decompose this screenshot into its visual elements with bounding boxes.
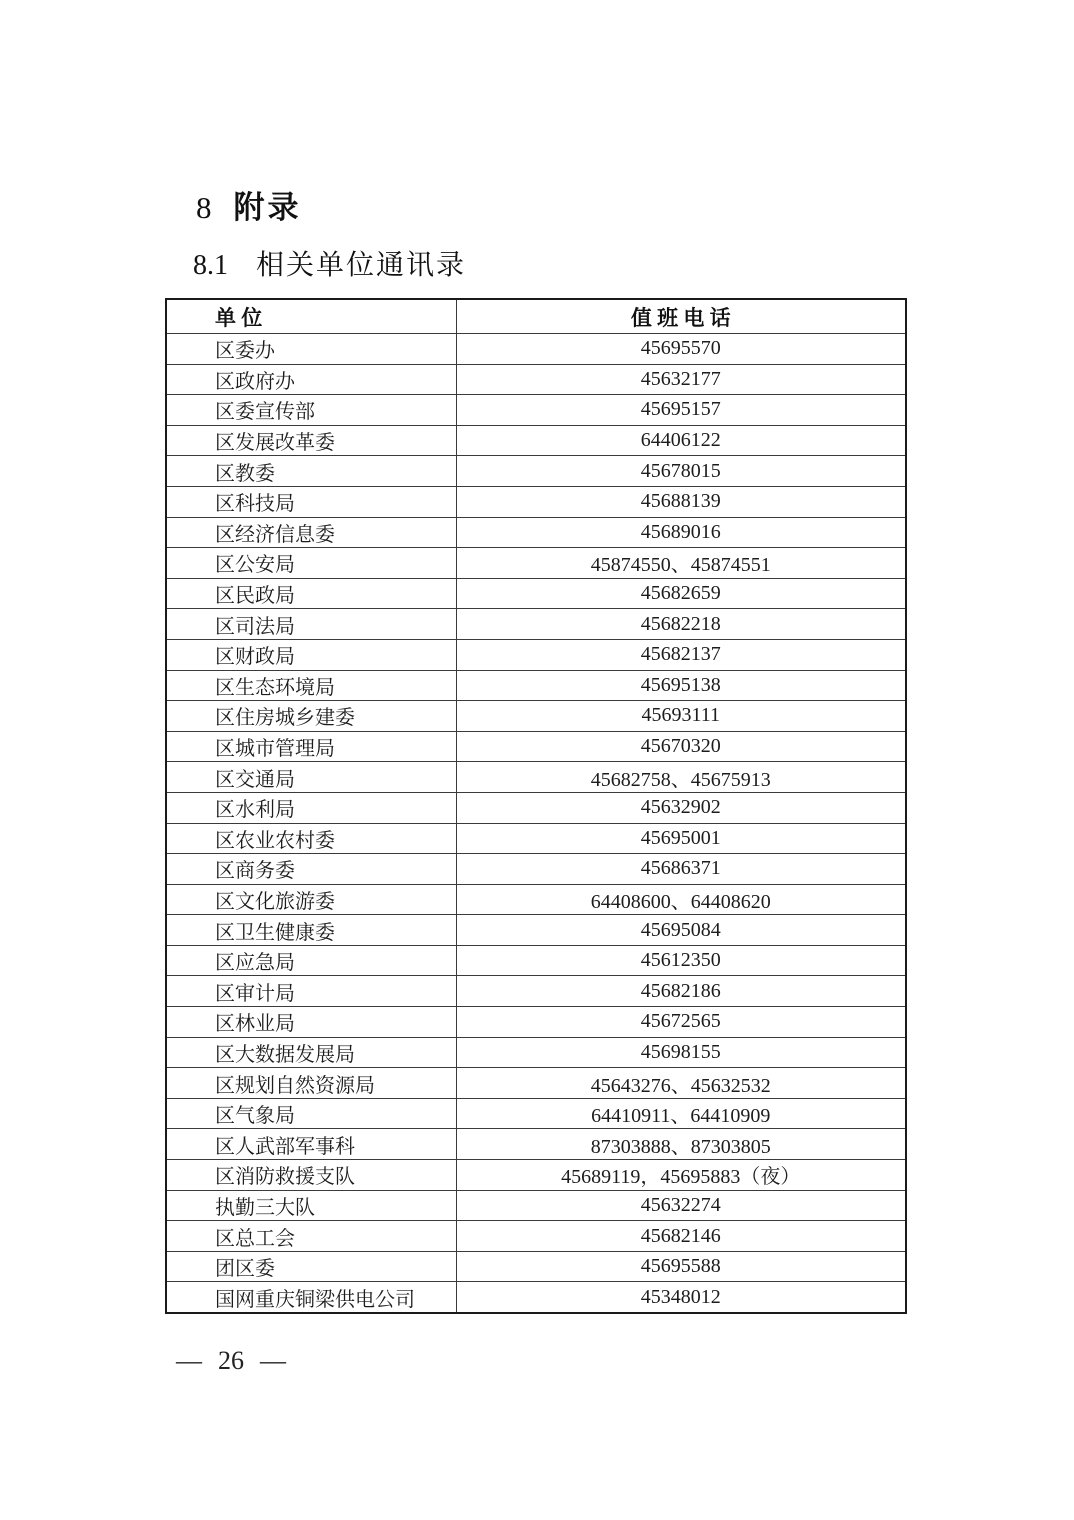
table-row: 区经济信息委 45689016 (166, 517, 906, 548)
column-header-unit: 单 位 (166, 299, 456, 334)
phone-cell: 87303888、87303805 (456, 1129, 906, 1160)
column-header-phone: 值 班 电 话 (456, 299, 906, 334)
unit-cell: 区教委 (166, 456, 456, 487)
table-row: 区商务委 45686371 (166, 854, 906, 885)
subsection-heading: 8.1相关单位通讯录 (193, 249, 466, 283)
unit-cell: 区司法局 (166, 609, 456, 640)
phone-cell: 45695570 (456, 334, 906, 365)
unit-cell: 区委办 (166, 334, 456, 365)
unit-cell: 区公安局 (166, 548, 456, 579)
phone-cell: 45682186 (456, 976, 906, 1007)
table-row: 区科技局 45688139 (166, 486, 906, 517)
phone-cell: 45688139 (456, 486, 906, 517)
unit-cell: 区农业农村委 (166, 823, 456, 854)
table-row: 区气象局 64410911、64410909 (166, 1098, 906, 1129)
phone-cell: 45689119，45695883（夜） (456, 1160, 906, 1191)
table-row: 区农业农村委 45695001 (166, 823, 906, 854)
phone-cell: 45686371 (456, 854, 906, 885)
unit-cell: 区气象局 (166, 1098, 456, 1129)
unit-cell: 区应急局 (166, 945, 456, 976)
phone-cell: 45632274 (456, 1190, 906, 1221)
phone-cell: 45689016 (456, 517, 906, 548)
phone-cell: 45612350 (456, 945, 906, 976)
unit-cell: 区民政局 (166, 578, 456, 609)
table-row: 区教委 45678015 (166, 456, 906, 487)
phone-cell: 45670320 (456, 731, 906, 762)
page-footer: — 26 — (176, 1346, 286, 1376)
section-number: 8 (196, 190, 212, 225)
table-row: 区水利局 45632902 (166, 792, 906, 823)
phone-cell: 45695588 (456, 1251, 906, 1282)
table-row: 区公安局 45874550、45874551 (166, 548, 906, 579)
unit-cell: 团区委 (166, 1251, 456, 1282)
subsection-title: 相关单位通讯录 (256, 250, 466, 281)
table-row: 区委办 45695570 (166, 334, 906, 365)
phone-cell: 45682137 (456, 639, 906, 670)
table-row: 区应急局 45612350 (166, 945, 906, 976)
unit-cell: 区经济信息委 (166, 517, 456, 548)
table-header: 单 位 值 班 电 话 (166, 299, 906, 334)
table-row: 区文化旅游委 64408600、64408620 (166, 884, 906, 915)
phone-cell: 45695001 (456, 823, 906, 854)
phone-cell: 45632902 (456, 792, 906, 823)
table-row: 区委宣传部 45695157 (166, 395, 906, 426)
table-row: 区大数据发展局 45698155 (166, 1037, 906, 1068)
table-row: 区审计局 45682186 (166, 976, 906, 1007)
table-row: 团区委 45695588 (166, 1251, 906, 1282)
page-number: 26 (218, 1346, 244, 1376)
unit-cell: 区水利局 (166, 792, 456, 823)
table-row: 国网重庆铜梁供电公司 45348012 (166, 1282, 906, 1313)
table-row: 区司法局 45682218 (166, 609, 906, 640)
phone-cell: 45682659 (456, 578, 906, 609)
unit-cell: 区发展改革委 (166, 425, 456, 456)
phone-cell: 45632177 (456, 364, 906, 395)
unit-cell: 区审计局 (166, 976, 456, 1007)
unit-cell: 区文化旅游委 (166, 884, 456, 915)
section-heading: 8附录 (196, 190, 302, 226)
phone-cell: 45348012 (456, 1282, 906, 1313)
phone-cell: 45682218 (456, 609, 906, 640)
document-page: 8附录 8.1相关单位通讯录 单 位 值 班 电 话 区委办 45695570 (0, 0, 1074, 1520)
phone-cell: 64408600、64408620 (456, 884, 906, 915)
unit-cell: 执勤三大队 (166, 1190, 456, 1221)
unit-cell: 区住房城乡建委 (166, 701, 456, 732)
unit-cell: 区大数据发展局 (166, 1037, 456, 1068)
table-row: 区财政局 45682137 (166, 639, 906, 670)
phone-cell: 64410911、64410909 (456, 1098, 906, 1129)
table-row: 区卫生健康委 45695084 (166, 915, 906, 946)
unit-cell: 区科技局 (166, 486, 456, 517)
unit-cell: 区卫生健康委 (166, 915, 456, 946)
unit-cell: 区政府办 (166, 364, 456, 395)
phone-cell: 45695138 (456, 670, 906, 701)
table-row: 区城市管理局 45670320 (166, 731, 906, 762)
table-header-row: 单 位 值 班 电 话 (166, 299, 906, 334)
subsection-number: 8.1 (193, 250, 228, 281)
phone-cell: 45698155 (456, 1037, 906, 1068)
table-row: 区林业局 45672565 (166, 1007, 906, 1038)
table-body: 区委办 45695570 区政府办 45632177 区委宣传部 4569515… (166, 334, 906, 1314)
phone-cell: 45695084 (456, 915, 906, 946)
table-row: 区规划自然资源局 45643276、45632532 (166, 1068, 906, 1099)
footer-right-dash: — (260, 1346, 286, 1376)
section-title: 附录 (234, 190, 302, 225)
phone-cell: 45643276、45632532 (456, 1068, 906, 1099)
unit-cell: 国网重庆铜梁供电公司 (166, 1282, 456, 1313)
table-row: 区住房城乡建委 45693111 (166, 701, 906, 732)
unit-cell: 区林业局 (166, 1007, 456, 1038)
unit-cell: 区人武部军事科 (166, 1129, 456, 1160)
unit-cell: 区生态环境局 (166, 670, 456, 701)
unit-cell: 区总工会 (166, 1221, 456, 1252)
table-row: 区生态环境局 45695138 (166, 670, 906, 701)
table-row: 区总工会 45682146 (166, 1221, 906, 1252)
unit-cell: 区消防救援支队 (166, 1160, 456, 1191)
unit-cell: 区交通局 (166, 762, 456, 793)
table-row: 区民政局 45682659 (166, 578, 906, 609)
phone-cell: 45678015 (456, 456, 906, 487)
footer-left-dash: — (176, 1346, 202, 1376)
table-row: 区人武部军事科 87303888、87303805 (166, 1129, 906, 1160)
unit-cell: 区财政局 (166, 639, 456, 670)
table-row: 执勤三大队 45632274 (166, 1190, 906, 1221)
phone-cell: 45693111 (456, 701, 906, 732)
unit-cell: 区城市管理局 (166, 731, 456, 762)
table-row: 区交通局 45682758、45675913 (166, 762, 906, 793)
phone-cell: 64406122 (456, 425, 906, 456)
table-row: 区政府办 45632177 (166, 364, 906, 395)
phone-cell: 45874550、45874551 (456, 548, 906, 579)
unit-cell: 区委宣传部 (166, 395, 456, 426)
phone-cell: 45682758、45675913 (456, 762, 906, 793)
phone-cell: 45672565 (456, 1007, 906, 1038)
unit-cell: 区规划自然资源局 (166, 1068, 456, 1099)
table-row: 区发展改革委 64406122 (166, 425, 906, 456)
phone-cell: 45695157 (456, 395, 906, 426)
unit-cell: 区商务委 (166, 854, 456, 885)
table-row: 区消防救援支队 45689119，45695883（夜） (166, 1160, 906, 1191)
contact-directory-table: 单 位 值 班 电 话 区委办 45695570 区政府办 45632177 区… (165, 298, 907, 1314)
phone-cell: 45682146 (456, 1221, 906, 1252)
